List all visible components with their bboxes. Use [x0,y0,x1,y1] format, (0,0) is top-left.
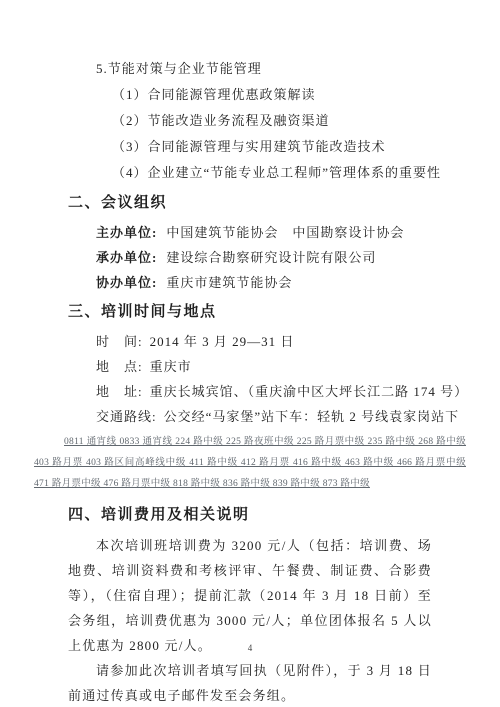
schedule-rows: 时 间:2014 年 3 月 29—31 日 地 点:重庆市 地 址:重庆长城宾… [0,329,500,429]
time-label: 时 间: [96,334,150,349]
address-row: 地 址:重庆长城宾馆、（重庆渝中区大坪长江二路 174 号） [96,379,500,404]
agenda-topic-5-heading: 5.节能对策与企业节能管理 [96,56,500,82]
bus-routes-link[interactable]: 0811 通宵线 0833 通宵线 224 路中级 225 路夜班中级 225 … [34,432,466,495]
organizer-row: 主办单位:中国建筑节能协会 中国勘察设计协会 [96,220,500,245]
section-title-schedule: 三、培训时间与地点 [68,300,500,324]
time-value: 2014 年 3 月 29—31 日 [150,334,295,349]
agenda-topic-5-item-2: （2）节能改造业务流程及融资渠道 [112,108,500,134]
address-value: 重庆长城宾馆、（重庆渝中区大坪长江二路 174 号） [150,384,469,399]
agenda-topic-5-item-3: （3）合同能源管理与实用建筑节能改造技术 [112,134,500,160]
fees-paragraph-1: 本次培训班培训费为 3200 元/人（包括：培训费、场地费、培训资料费和考核评审… [68,533,432,658]
co-organizer-row: 协办单位:重庆市建筑节能协会 [96,270,500,295]
organizer-label: 主办单位: [96,225,166,240]
undertaker-label: 承办单位: [96,250,166,265]
section-title-organization: 二、会议组织 [68,191,500,215]
fees-paragraph-2: 请参加此次培训者填写回执（见附件），于 3 月 18 日前通过传真或电子邮件发至… [68,658,432,707]
undertaker-value: 建设综合勘察研究设计院有限公司 [166,250,376,265]
section-title-fees: 四、培训费用及相关说明 [68,503,500,527]
city-label: 地 点: [96,359,150,374]
transport-value: 公交经“马家堡”站下车：轻轨 2 号线袁家岗站下 [164,409,460,424]
agenda-topic-5-item-1: （1）合同能源管理优惠政策解读 [112,82,500,108]
undertaker-row: 承办单位:建设综合勘察研究设计院有限公司 [96,245,500,270]
co-organizer-value: 重庆市建筑节能协会 [166,275,292,290]
organization-rows: 主办单位:中国建筑节能协会 中国勘察设计协会 承办单位:建设综合勘察研究设计院有… [0,220,500,295]
organizer-value: 中国建筑节能协会 中国勘察设计协会 [166,225,404,240]
transport-label: 交通路线: [96,409,164,424]
time-row: 时 间:2014 年 3 月 29—31 日 [96,329,500,354]
transport-row: 交通路线:公交经“马家堡”站下车：轻轨 2 号线袁家岗站下 [96,404,500,429]
agenda-topic-5-item-4: （4）企业建立“节能专业总工程师”管理体系的重要性 [112,160,500,186]
address-label: 地 址: [96,384,150,399]
co-organizer-label: 协办单位: [96,275,166,290]
document-page: 5.节能对策与企业节能管理 （1）合同能源管理优惠政策解读 （2）节能改造业务流… [0,0,500,707]
city-row: 地 点:重庆市 [96,354,500,379]
fees-paragraphs: 本次培训班培训费为 3200 元/人（包括：培训费、场地费、培训资料费和考核评审… [0,533,500,707]
city-value: 重庆市 [150,359,192,374]
page-number: 4 [0,643,500,653]
